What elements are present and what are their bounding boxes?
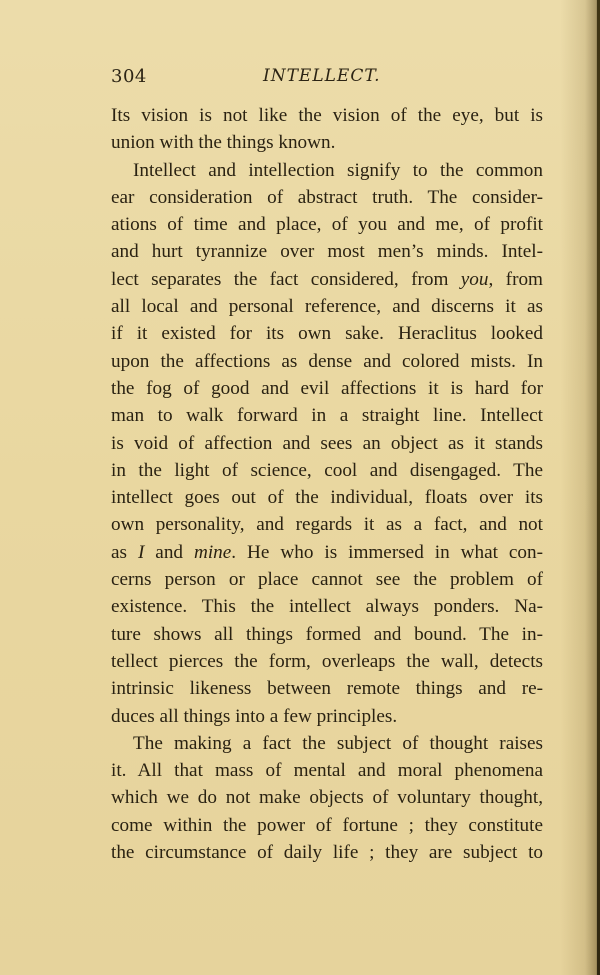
text-segment: and [144,542,194,563]
italic-emphasis: you [461,269,489,290]
italic-emphasis: mine [194,542,231,563]
text-line: lect separates the fact considered, from… [111,266,543,293]
text-line: own personality, and regards it as a fac… [111,511,543,538]
text-line: union with the things known. [111,129,543,156]
text-line: the fog of good and evil affections it i… [111,375,543,402]
page-number: 304 [111,66,147,87]
text-line: intrinsic likeness between remote things… [111,675,543,702]
text-line: ations of time and place, of you and me,… [111,211,543,238]
text-line: cerns person or place cannot see the pro… [111,566,543,593]
book-page: 304 INTELLECT. Its vision is not like th… [0,0,600,975]
page-header: 304 INTELLECT. [111,66,543,90]
paragraph-start-line: Intellect and intellection signify to th… [111,157,543,184]
text-segment: lect separates the fact considered, from [111,269,461,290]
text-line: ear consideration of abstract truth. The… [111,184,543,211]
text-segment: , from [488,269,543,290]
text-line: and hurt tyrannize over most men’s minds… [111,238,543,265]
text-line: Its vision is not like the vision of the… [111,102,543,129]
text-line: duces all things into a few principles. [111,703,543,730]
text-line: upon the affections as dense and colored… [111,348,543,375]
text-line: intellect goes out of the individual, fl… [111,484,543,511]
text-line: tellect pierces the form, overleaps the … [111,648,543,675]
text-line: as I and mine. He who is immersed in wha… [111,539,543,566]
body-text: Its vision is not like the vision of the… [111,102,543,866]
text-line: all local and personal reference, and di… [111,293,543,320]
running-title: INTELLECT. [263,66,381,86]
text-line: man to walk forward in a straight line. … [111,402,543,429]
text-line: which we do not make objects of voluntar… [111,784,543,811]
text-line: it. All that mass of mental and moral ph… [111,757,543,784]
text-line: is void of affection and sees an object … [111,430,543,457]
text-line: the circumstance of daily life ; they ar… [111,839,543,866]
paragraph-start-line: The making a fact the subject of thought… [111,730,543,757]
text-line: existence. This the intellect always pon… [111,593,543,620]
text-line: if it existed for its own sake. Heraclit… [111,320,543,347]
text-line: in the light of science, cool and diseng… [111,457,543,484]
text-line: ture shows all things formed and bound. … [111,621,543,648]
text-line: come within the power of fortune ; they … [111,812,543,839]
text-segment: as [111,542,138,563]
text-segment: . He who is immersed in what con- [231,542,543,563]
